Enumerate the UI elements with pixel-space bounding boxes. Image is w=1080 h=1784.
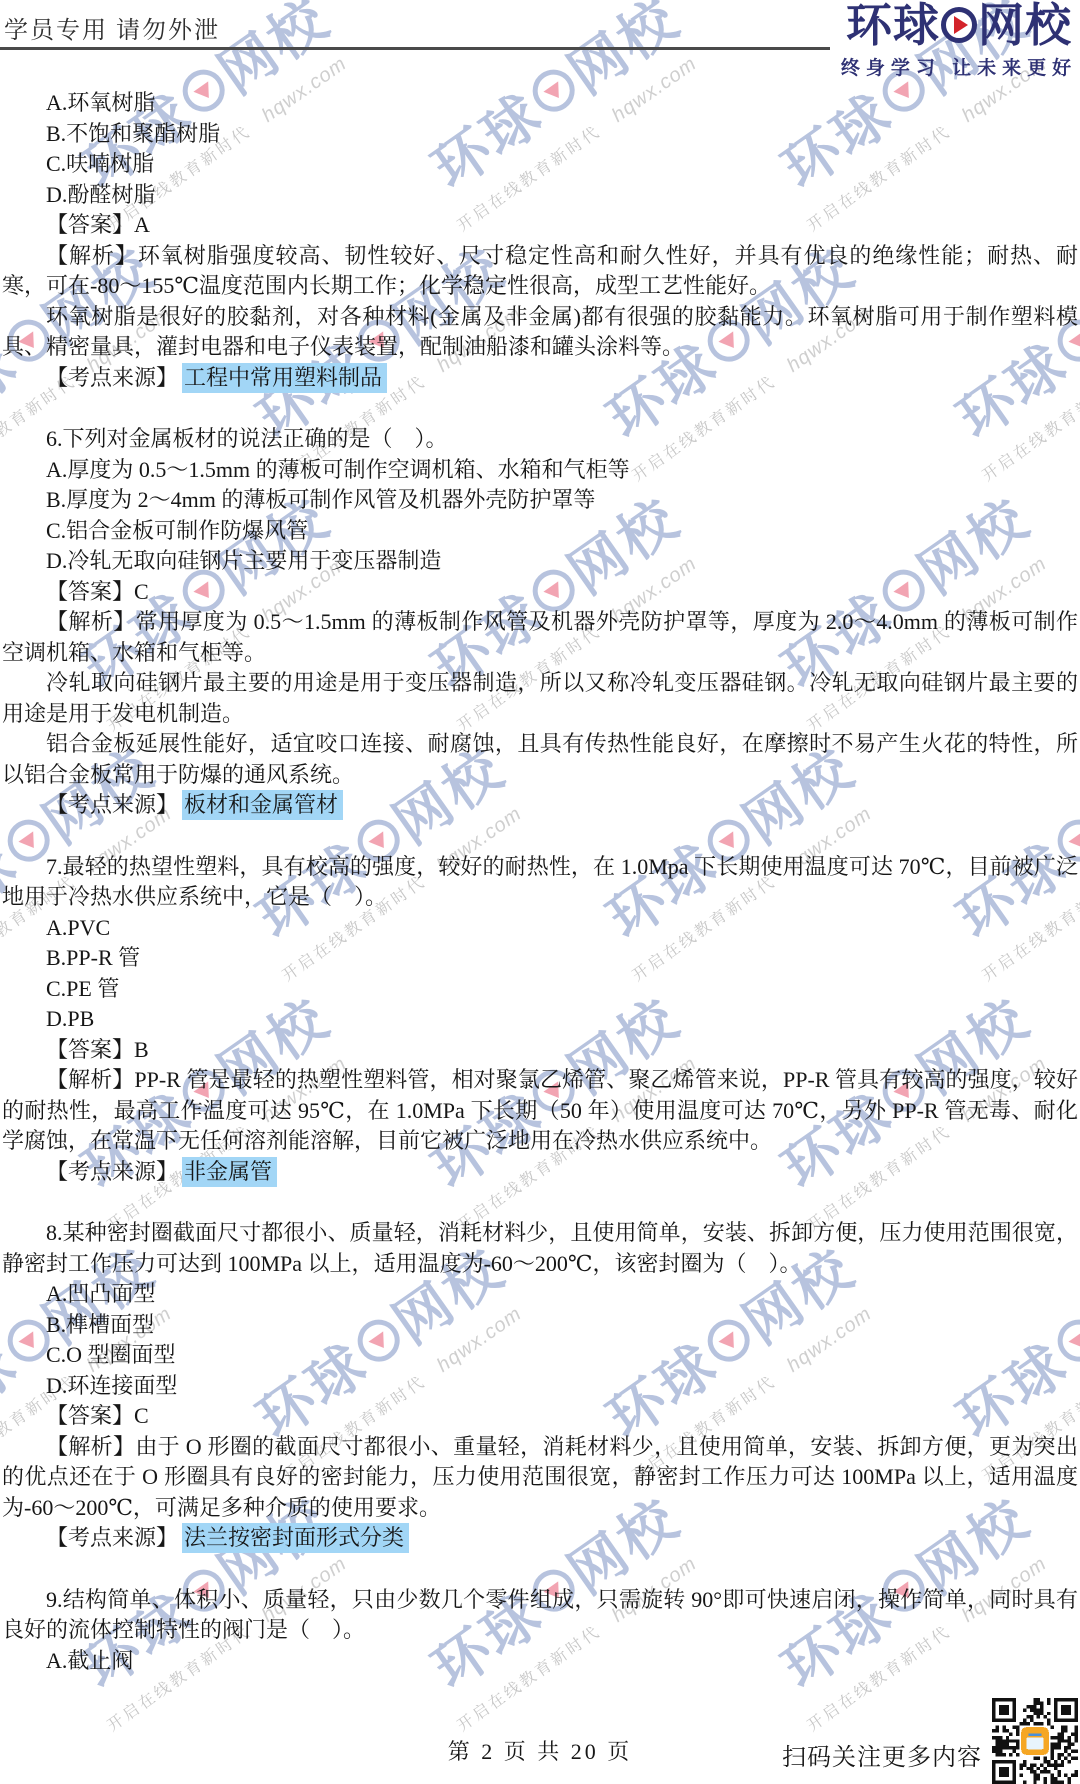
page-header: 学员专用 请勿外泄 环球 网校 终身学习 让未来更好 xyxy=(0,0,1080,86)
option-line: C.O 型圈面型 xyxy=(2,1340,1078,1371)
paragraph-line: 环氧树脂是很好的胶黏剂，对各种材料(金属及非金属)都有很强的胶黏能力。环氧树脂可… xyxy=(2,302,1078,363)
option-line: A.厚度为 0.5～1.5mm 的薄板可制作空调机箱、水箱和气柜等 xyxy=(2,455,1078,486)
brand-logo: 环球 网校 终身学习 让未来更好 xyxy=(840,2,1078,80)
question-line: 7.最轻的热望性塑料，具有校高的强度，较好的耐热性，在 1.0Mpa 下长期使用… xyxy=(2,852,1078,913)
analysis-line: 【解析】常用厚度为 0.5～1.5mm 的薄板制作风管及机器外壳防护罩等，厚度为… xyxy=(2,607,1078,668)
option-line: C.铝合金板可制作防爆风管 xyxy=(2,516,1078,547)
source-highlight: 工程中常用塑料制品 xyxy=(182,363,387,393)
answer-line: 【答案】B xyxy=(2,1035,1078,1066)
option-line: D.PB xyxy=(2,1004,1078,1035)
option-line: A.凹凸面型 xyxy=(2,1279,1078,1310)
option-line: B.PP-R 管 xyxy=(2,943,1078,974)
analysis-line: 【解析】由于 O 形圈的截面尺寸都很小、重量轻，消耗材料少，且使用简单，安装、拆… xyxy=(2,1432,1078,1524)
qr-code xyxy=(990,1698,1080,1784)
logo-tagline: 终身学习 让未来更好 xyxy=(840,53,1078,80)
option-line: C.PE 管 xyxy=(2,974,1078,1005)
source-line: 【考点来源】工程中常用塑料制品 xyxy=(2,363,1078,394)
source-line: 【考点来源】非金属管 xyxy=(2,1157,1078,1188)
question-line: 8.某种密封圈截面尺寸都很小、质量轻，消耗材料少，且使用简单，安装、拆卸方便，压… xyxy=(2,1218,1078,1279)
analysis-line: 【解析】环氧树脂强度较高、韧性较好、尺寸稳定性高和耐久性好，并具有优良的绝缘性能… xyxy=(2,241,1078,302)
content-blocks: A.环氧树脂B.不饱和聚酯树脂C.呋喃树脂D.酚醛树脂【答案】A【解析】环氧树脂… xyxy=(0,88,1080,1676)
option-line: B.厚度为 2～4mm 的薄板可制作风管及机器外壳防护罩等 xyxy=(2,485,1078,516)
qr-area: 扫码关注更多内容 xyxy=(782,1698,1080,1784)
question-line: 9.结构简单、体积小、质量轻，只由少数几个零件组成，只需旋转 90°即可快速启闭… xyxy=(2,1585,1078,1646)
document-page: 环球网校开启在线教育新时代 hqwx.com环球网校开启在线教育新时代 hqwx… xyxy=(0,0,1080,1784)
source-label: 【考点来源】 xyxy=(46,792,178,817)
header-divider xyxy=(0,47,830,50)
logo-text-left: 环球 xyxy=(846,2,940,48)
source-label: 【考点来源】 xyxy=(46,1525,178,1550)
source-highlight: 板材和金属管材 xyxy=(182,790,343,820)
option-line: D.冷轧无取向硅钢片主要用于变压器制造 xyxy=(2,546,1078,577)
logo-play-icon xyxy=(941,7,977,43)
answer-line: 【答案】C xyxy=(2,1401,1078,1432)
qr-caption: 扫码关注更多内容 xyxy=(782,1737,982,1772)
paragraph-line: 铝合金板延展性能好，适宜咬口连接、耐腐蚀，且具有传热性能良好，在摩擦时不易产生火… xyxy=(2,729,1078,790)
source-highlight: 法兰按密封面形式分类 xyxy=(182,1523,409,1553)
option-line: B.不饱和聚酯树脂 xyxy=(2,119,1078,150)
option-line: D.酚醛树脂 xyxy=(2,180,1078,211)
option-line: A.PVC xyxy=(2,913,1078,944)
source-line: 【考点来源】板材和金属管材 xyxy=(2,790,1078,821)
confidential-notice: 学员专用 请勿外泄 xyxy=(4,10,220,45)
option-line: B.榫槽面型 xyxy=(2,1310,1078,1341)
option-line: D.环连接面型 xyxy=(2,1371,1078,1402)
answer-line: 【答案】C xyxy=(2,577,1078,608)
logo-text-right: 网校 xyxy=(978,2,1072,48)
source-line: 【考点来源】法兰按密封面形式分类 xyxy=(2,1523,1078,1554)
paragraph-line: 冷轧取向硅钢片最主要的用途是用于变压器制造，所以又称冷轧变压器硅钢。冷轧无取向硅… xyxy=(2,668,1078,729)
source-highlight: 非金属管 xyxy=(182,1157,277,1187)
option-line: A.截止阀 xyxy=(2,1646,1078,1677)
question-line: 6.下列对金属板材的说法正确的是（ ）。 xyxy=(2,424,1078,455)
source-label: 【考点来源】 xyxy=(46,365,178,390)
analysis-line: 【解析】PP-R 管是最轻的热塑性塑料管，相对聚氯乙烯管、聚乙烯管来说，PP-R… xyxy=(2,1065,1078,1157)
option-line: A.环氧树脂 xyxy=(2,88,1078,119)
brand-logo-text: 环球 网校 xyxy=(840,2,1078,48)
option-line: C.呋喃树脂 xyxy=(2,149,1078,180)
answer-line: 【答案】A xyxy=(2,210,1078,241)
source-label: 【考点来源】 xyxy=(46,1159,178,1184)
